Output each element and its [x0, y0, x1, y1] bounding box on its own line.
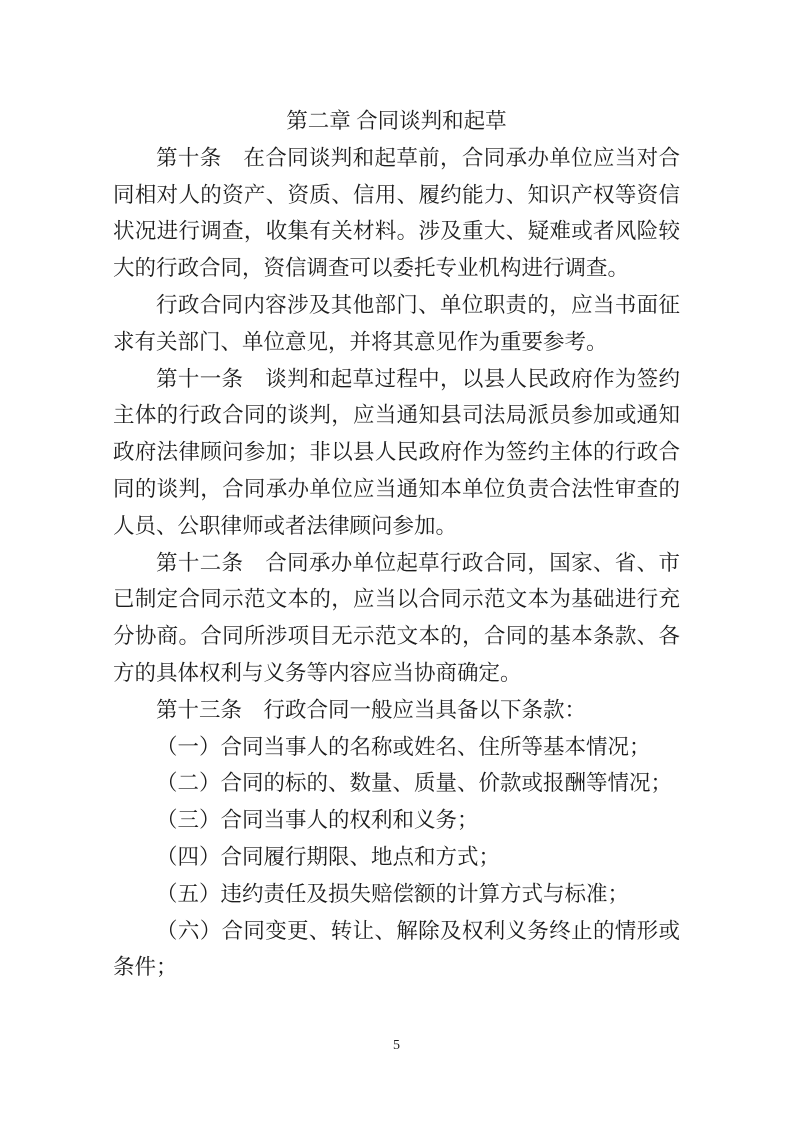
- list-item-1: （一）合同当事人的名称或姓名、住所等基本情况；: [113, 729, 680, 766]
- list-item-6: （六）合同变更、转让、解除及权利义务终止的情形或条件；: [113, 913, 680, 987]
- list-item-5: （五）违约责任及损失赔偿额的计算方式与标准；: [113, 876, 680, 913]
- paragraph-article-10-supplement: 行政合同内容涉及其他部门、单位职责的，应当书面征求有关部门、单位意见，并将其意见…: [113, 287, 680, 361]
- chapter-title: 第二章 合同谈判和起草: [113, 103, 680, 140]
- list-item-3: （三）合同当事人的权利和义务；: [113, 802, 680, 839]
- document-body: 第二章 合同谈判和起草 第十条 在合同谈判和起草前，合同承办单位应当对合同相对人…: [113, 103, 680, 986]
- list-item-2: （二）合同的标的、数量、质量、价款或报酬等情况；: [113, 765, 680, 802]
- list-item-4: （四）合同履行期限、地点和方式；: [113, 839, 680, 876]
- page-number: 5: [0, 1038, 793, 1054]
- paragraph-article-12: 第十二条 合同承办单位起草行政合同，国家、省、市已制定合同示范文本的，应当以合同…: [113, 545, 680, 692]
- paragraph-article-13: 第十三条 行政合同一般应当具备以下条款：: [113, 692, 680, 729]
- paragraph-article-10: 第十条 在合同谈判和起草前，合同承办单位应当对合同相对人的资产、资质、信用、履约…: [113, 140, 680, 287]
- paragraph-article-11: 第十一条 谈判和起草过程中，以县人民政府作为签约主体的行政合同的谈判，应当通知县…: [113, 361, 680, 545]
- document-page: 第二章 合同谈判和起草 第十条 在合同谈判和起草前，合同承办单位应当对合同相对人…: [0, 0, 793, 1122]
